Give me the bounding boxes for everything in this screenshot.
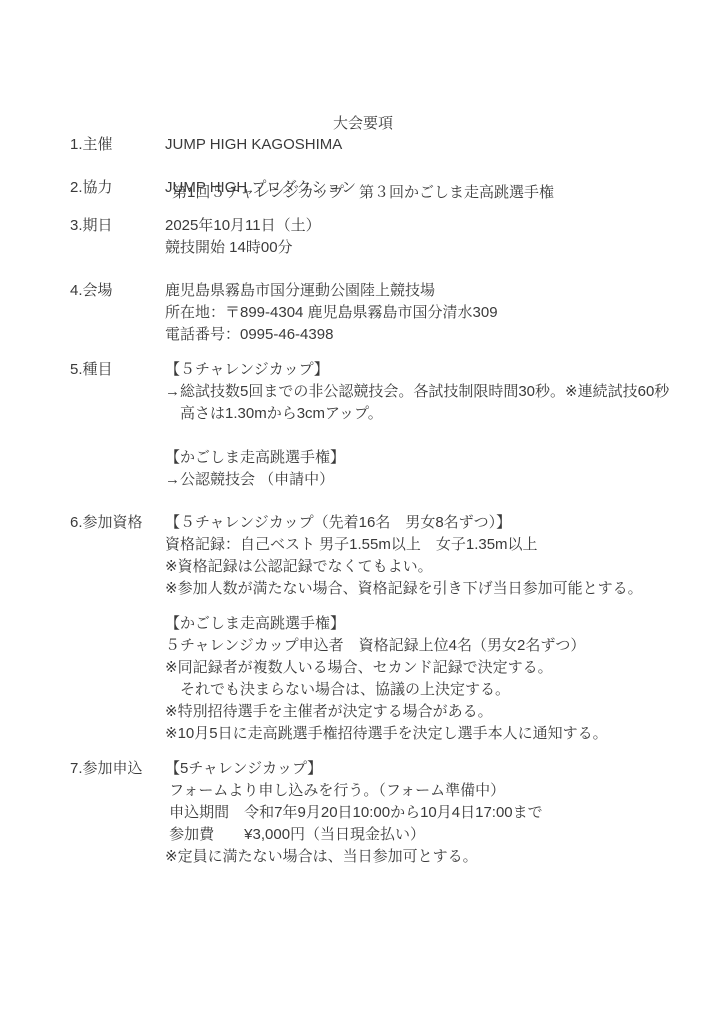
organizer-name: JUMP HIGH KAGOSHIMA <box>165 134 690 156</box>
start-time: 競技開始 14時00分 <box>165 237 690 259</box>
venue-phone: 電話番号：0995-46-4398 <box>165 324 690 346</box>
eligibility-championship-note-4: ※10月5日に走高跳選手権招待選手を決定し選手本人に通知する。 <box>165 723 690 745</box>
eligibility-record-requirement: 資格記録：自己ベスト 男子1.55m以上 女子1.35m以上 <box>165 534 690 556</box>
application-note: ※定員に満たない場合は、当日参加可とする。 <box>165 846 690 868</box>
application-period: 申込期間 令和7年9月20日10:00から10月4日17:00まで <box>165 802 690 824</box>
section-organizer: 1.主催 JUMP HIGH KAGOSHIMA <box>70 134 690 156</box>
document-page: 大会要項 第1回５チャレンジカップ 第３回かごしま走高跳選手権 1.主催 JUM… <box>0 0 726 1024</box>
document-title: 大会要項 <box>0 112 726 135</box>
section-eligibility-label: 6.参加資格 <box>70 512 165 534</box>
eligibility-championship-rule: ５チャレンジカップ申込者 資格記録上位4名（男女2名ずつ） <box>165 635 690 657</box>
section-date-label: 3.期日 <box>70 215 165 237</box>
application-method: フォームより申し込みを行う。（フォーム準備中） <box>165 780 690 802</box>
eligibility-championship-note-2: それでも決まらない場合は、協議の上決定する。 <box>165 679 690 701</box>
eligibility-championship-block: 【かごしま走高跳選手権】 ５チャレンジカップ申込者 資格記録上位4名（男女2名ず… <box>165 613 690 745</box>
application-block: 【5チャレンジカップ】 フォームより申し込みを行う。（フォーム準備中） 申込期間… <box>165 758 690 868</box>
eligibility-championship-note-3: ※特別招待選手を主催者が決定する場合がある。 <box>165 701 690 723</box>
events-challenge-cup-heading: 【５チャレンジカップ】 <box>165 359 690 381</box>
section-venue-label: 4.会場 <box>70 280 165 302</box>
events-championship-heading: 【かごしま走高跳選手権】 <box>165 447 690 469</box>
application-fee: 参加費 ¥3,000円（当日現金払い） <box>165 824 690 846</box>
eligibility-championship-note-1: ※同記録者が複数人いる場合、セカンド記録で決定する。 <box>165 657 690 679</box>
section-cooperation: 2.協力 JUMP HIGH プロダクション <box>70 177 690 199</box>
eligibility-championship-heading: 【かごしま走高跳選手権】 <box>165 613 690 635</box>
section-application: 7.参加申込 【5チャレンジカップ】 フォームより申し込みを行う。（フォーム準備… <box>70 758 690 868</box>
events-championship-block: 【かごしま走高跳選手権】 →公認競技会 （申請中） <box>165 447 690 491</box>
events-challenge-cup-rule-1: →総試技数5回までの非公認競技会。各試技制限時間30秒。※連続試技60秒 <box>165 381 690 403</box>
section-events: 5.種目 【５チャレンジカップ】 →総試技数5回までの非公認競技会。各試技制限時… <box>70 359 690 491</box>
venue-name: 鹿児島県霧島市国分運動公園陸上競技場 <box>165 280 690 302</box>
cooperation-name: JUMP HIGH プロダクション <box>165 177 690 199</box>
section-events-label: 5.種目 <box>70 359 165 381</box>
eligibility-note-2: ※参加人数が満たない場合、資格記録を引き下げ当日参加可能とする。 <box>165 578 690 600</box>
eligibility-note-1: ※資格記録は公認記録でなくてもよい。 <box>165 556 690 578</box>
section-cooperation-label: 2.協力 <box>70 177 165 199</box>
eligibility-challenge-cup-heading: 【５チャレンジカップ（先着16名 男女8名ずつ）】 <box>165 512 690 534</box>
section-application-label: 7.参加申込 <box>70 758 165 780</box>
section-eligibility: 6.参加資格 【５チャレンジカップ（先着16名 男女8名ずつ）】 資格記録：自己… <box>70 512 690 745</box>
section-date: 3.期日 2025年10月11日（土） 競技開始 14時00分 <box>70 215 690 259</box>
section-venue: 4.会場 鹿児島県霧島市国分運動公園陸上競技場 所在地：〒899-4304 鹿児… <box>70 280 690 346</box>
section-organizer-label: 1.主催 <box>70 134 165 156</box>
events-challenge-cup-block: 【５チャレンジカップ】 →総試技数5回までの非公認競技会。各試技制限時間30秒。… <box>165 359 690 425</box>
event-date: 2025年10月11日（土） <box>165 215 690 237</box>
venue-address: 所在地：〒899-4304 鹿児島県霧島市国分清水309 <box>165 302 690 324</box>
events-championship-rule: →公認競技会 （申請中） <box>165 469 690 491</box>
eligibility-challenge-cup-block: 【５チャレンジカップ（先着16名 男女8名ずつ）】 資格記録：自己ベスト 男子1… <box>165 512 690 600</box>
events-challenge-cup-rule-2: 高さは1.30mから3cmアップ。 <box>165 403 690 425</box>
application-heading: 【5チャレンジカップ】 <box>165 758 690 780</box>
